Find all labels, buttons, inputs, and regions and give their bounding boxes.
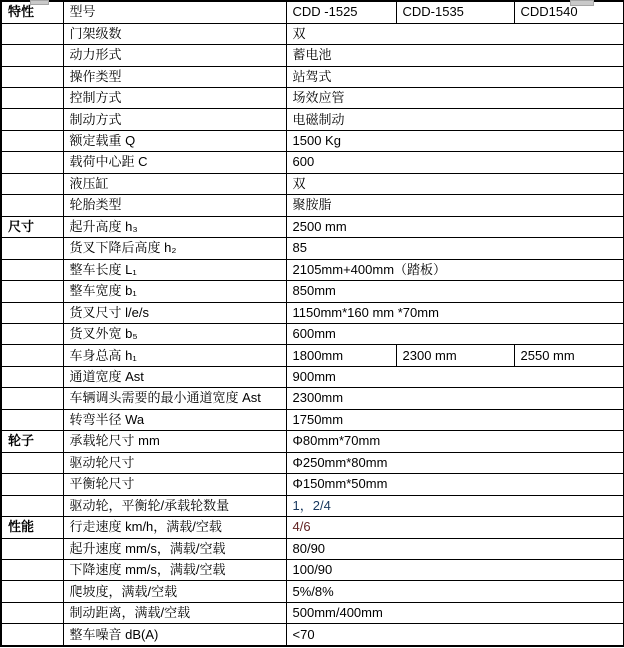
table-row: 制动距离，满载/空载500mm/400mm: [1, 602, 624, 623]
group-empty-cell: [1, 152, 63, 173]
table-row: 驱动轮，平衡轮/承载轮数量1，2/4: [1, 495, 624, 516]
value-cell: Φ250mm*80mm: [286, 452, 624, 473]
group-empty-cell: [1, 302, 63, 323]
group-empty-cell: [1, 559, 63, 580]
param-cell: 制动方式: [63, 109, 286, 130]
table-row: 尺寸起升高度 h₃2500 mm: [1, 216, 624, 237]
param-cell: 整车宽度 b₁: [63, 281, 286, 302]
param-cell: 控制方式: [63, 88, 286, 109]
group-empty-cell: [1, 66, 63, 87]
table-row: 货叉外宽 b₅600mm: [1, 323, 624, 344]
value-cell: 1150mm*160 mm *70mm: [286, 302, 624, 323]
value-cell: 2300 mm: [396, 345, 514, 366]
table-row: 整车宽度 b₁850mm: [1, 281, 624, 302]
param-cell: 转弯半径 Wa: [63, 409, 286, 430]
param-cell: 车辆调头需要的最小通道宽度 Ast: [63, 388, 286, 409]
param-cell: 货叉下降后高度 h₂: [63, 238, 286, 259]
value-cell: Φ150mm*50mm: [286, 474, 624, 495]
param-cell: 车身总高 h₁: [63, 345, 286, 366]
group-empty-cell: [1, 281, 63, 302]
param-cell: 货叉外宽 b₅: [63, 323, 286, 344]
group-empty-cell: [1, 581, 63, 602]
group-empty-cell: [1, 409, 63, 430]
value-cell: 1500 Kg: [286, 130, 624, 151]
value-cell: CDD-1535: [396, 1, 514, 23]
group-empty-cell: [1, 345, 63, 366]
group-empty-cell: [1, 45, 63, 66]
table-row: 轮胎类型聚胺脂: [1, 195, 624, 216]
value-cell: 场效应管: [286, 88, 624, 109]
param-cell: 制动距离，满载/空载: [63, 602, 286, 623]
table-row: 轮子承载轮尺寸 mmΦ80mm*70mm: [1, 431, 624, 452]
param-cell: 通道宽度 Ast: [63, 366, 286, 387]
group-empty-cell: [1, 173, 63, 194]
group-empty-cell: [1, 538, 63, 559]
group-empty-cell: [1, 195, 63, 216]
value-cell: 2500 mm: [286, 216, 624, 237]
table-row: 整车长度 L₁2105mm+400mm（踏板）: [1, 259, 624, 280]
value-cell: 2550 mm: [514, 345, 624, 366]
table-row: 操作类型站驾式: [1, 66, 624, 87]
table-row: 下降速度 mm/s，满载/空载100/90: [1, 559, 624, 580]
value-cell: 900mm: [286, 366, 624, 387]
table-row: 车身总高 h₁1800mm2300 mm2550 mm: [1, 345, 624, 366]
spec-table: 特性型号CDD -1525CDD-1535CDD1540门架级数双动力形式蓄电池…: [0, 0, 624, 647]
param-cell: 整车噪音 dB(A): [63, 624, 286, 646]
value-cell: 双: [286, 173, 624, 194]
param-cell: 动力形式: [63, 45, 286, 66]
param-cell: 起升速度 mm/s，满载/空载: [63, 538, 286, 559]
table-row: 爬坡度，满载/空载5%/8%: [1, 581, 624, 602]
value-cell: 蓄电池: [286, 45, 624, 66]
table-row: 转弯半径 Wa1750mm: [1, 409, 624, 430]
group-label-cell: 尺寸: [1, 216, 63, 237]
param-cell: 驱动轮尺寸: [63, 452, 286, 473]
table-row: 额定载重 Q1500 Kg: [1, 130, 624, 151]
table-row: 车辆调头需要的最小通道宽度 Ast2300mm: [1, 388, 624, 409]
group-empty-cell: [1, 452, 63, 473]
table-row: 通道宽度 Ast900mm: [1, 366, 624, 387]
table-row: 货叉下降后高度 h₂85: [1, 238, 624, 259]
param-cell: 承载轮尺寸 mm: [63, 431, 286, 452]
param-cell: 起升高度 h₃: [63, 216, 286, 237]
table-row: 载荷中心距 C600: [1, 152, 624, 173]
param-cell: 载荷中心距 C: [63, 152, 286, 173]
value-cell: 85: [286, 238, 624, 259]
table-row: 驱动轮尺寸Φ250mm*80mm: [1, 452, 624, 473]
group-empty-cell: [1, 474, 63, 495]
group-empty-cell: [1, 259, 63, 280]
value-cell: 4/6: [286, 517, 624, 538]
param-cell: 轮胎类型: [63, 195, 286, 216]
value-cell: 1750mm: [286, 409, 624, 430]
param-cell: 行走速度 km/h，满载/空载: [63, 517, 286, 538]
table-row: 动力形式蓄电池: [1, 45, 624, 66]
spec-sheet-page: 特性型号CDD -1525CDD-1535CDD1540门架级数双动力形式蓄电池…: [0, 0, 624, 648]
value-cell: 500mm/400mm: [286, 602, 624, 623]
group-empty-cell: [1, 238, 63, 259]
value-cell: <70: [286, 624, 624, 646]
group-empty-cell: [1, 366, 63, 387]
table-row: 液压缸双: [1, 173, 624, 194]
group-empty-cell: [1, 624, 63, 646]
value-cell: 850mm: [286, 281, 624, 302]
table-handle-artifact-right: [570, 0, 594, 6]
group-empty-cell: [1, 23, 63, 44]
table-row: 门架级数双: [1, 23, 624, 44]
group-empty-cell: [1, 323, 63, 344]
table-row: 特性型号CDD -1525CDD-1535CDD1540: [1, 1, 624, 23]
group-empty-cell: [1, 495, 63, 516]
value-cell: 100/90: [286, 559, 624, 580]
param-cell: 整车长度 L₁: [63, 259, 286, 280]
value-cell: 双: [286, 23, 624, 44]
param-cell: 驱动轮，平衡轮/承载轮数量: [63, 495, 286, 516]
value-cell: 1800mm: [286, 345, 396, 366]
value-cell: 站驾式: [286, 66, 624, 87]
value-cell: 电磁制动: [286, 109, 624, 130]
table-handle-artifact-left: [30, 0, 49, 5]
group-empty-cell: [1, 388, 63, 409]
group-empty-cell: [1, 109, 63, 130]
group-empty-cell: [1, 88, 63, 109]
value-cell: CDD1540: [514, 1, 624, 23]
param-cell: 液压缸: [63, 173, 286, 194]
value-cell: 2300mm: [286, 388, 624, 409]
param-cell: 型号: [63, 1, 286, 23]
table-row: 货叉尺寸 l/e/s1150mm*160 mm *70mm: [1, 302, 624, 323]
param-cell: 货叉尺寸 l/e/s: [63, 302, 286, 323]
param-cell: 平衡轮尺寸: [63, 474, 286, 495]
table-row: 整车噪音 dB(A)<70: [1, 624, 624, 646]
value-cell: 600mm: [286, 323, 624, 344]
value-cell: 1，2/4: [286, 495, 624, 516]
value-cell: 600: [286, 152, 624, 173]
value-cell: 5%/8%: [286, 581, 624, 602]
value-cell: Φ80mm*70mm: [286, 431, 624, 452]
value-cell: 聚胺脂: [286, 195, 624, 216]
table-row: 平衡轮尺寸Φ150mm*50mm: [1, 474, 624, 495]
param-cell: 操作类型: [63, 66, 286, 87]
table-row: 控制方式场效应管: [1, 88, 624, 109]
group-label-cell: 性能: [1, 517, 63, 538]
value-cell: 80/90: [286, 538, 624, 559]
table-row: 起升速度 mm/s，满载/空载80/90: [1, 538, 624, 559]
group-label-cell: 轮子: [1, 431, 63, 452]
param-cell: 下降速度 mm/s，满载/空载: [63, 559, 286, 580]
group-empty-cell: [1, 130, 63, 151]
value-cell: CDD -1525: [286, 1, 396, 23]
param-cell: 额定载重 Q: [63, 130, 286, 151]
param-cell: 门架级数: [63, 23, 286, 44]
group-empty-cell: [1, 602, 63, 623]
table-row: 制动方式电磁制动: [1, 109, 624, 130]
table-row: 性能行走速度 km/h，满载/空载4/6: [1, 517, 624, 538]
value-cell: 2105mm+400mm（踏板）: [286, 259, 624, 280]
param-cell: 爬坡度，满载/空载: [63, 581, 286, 602]
